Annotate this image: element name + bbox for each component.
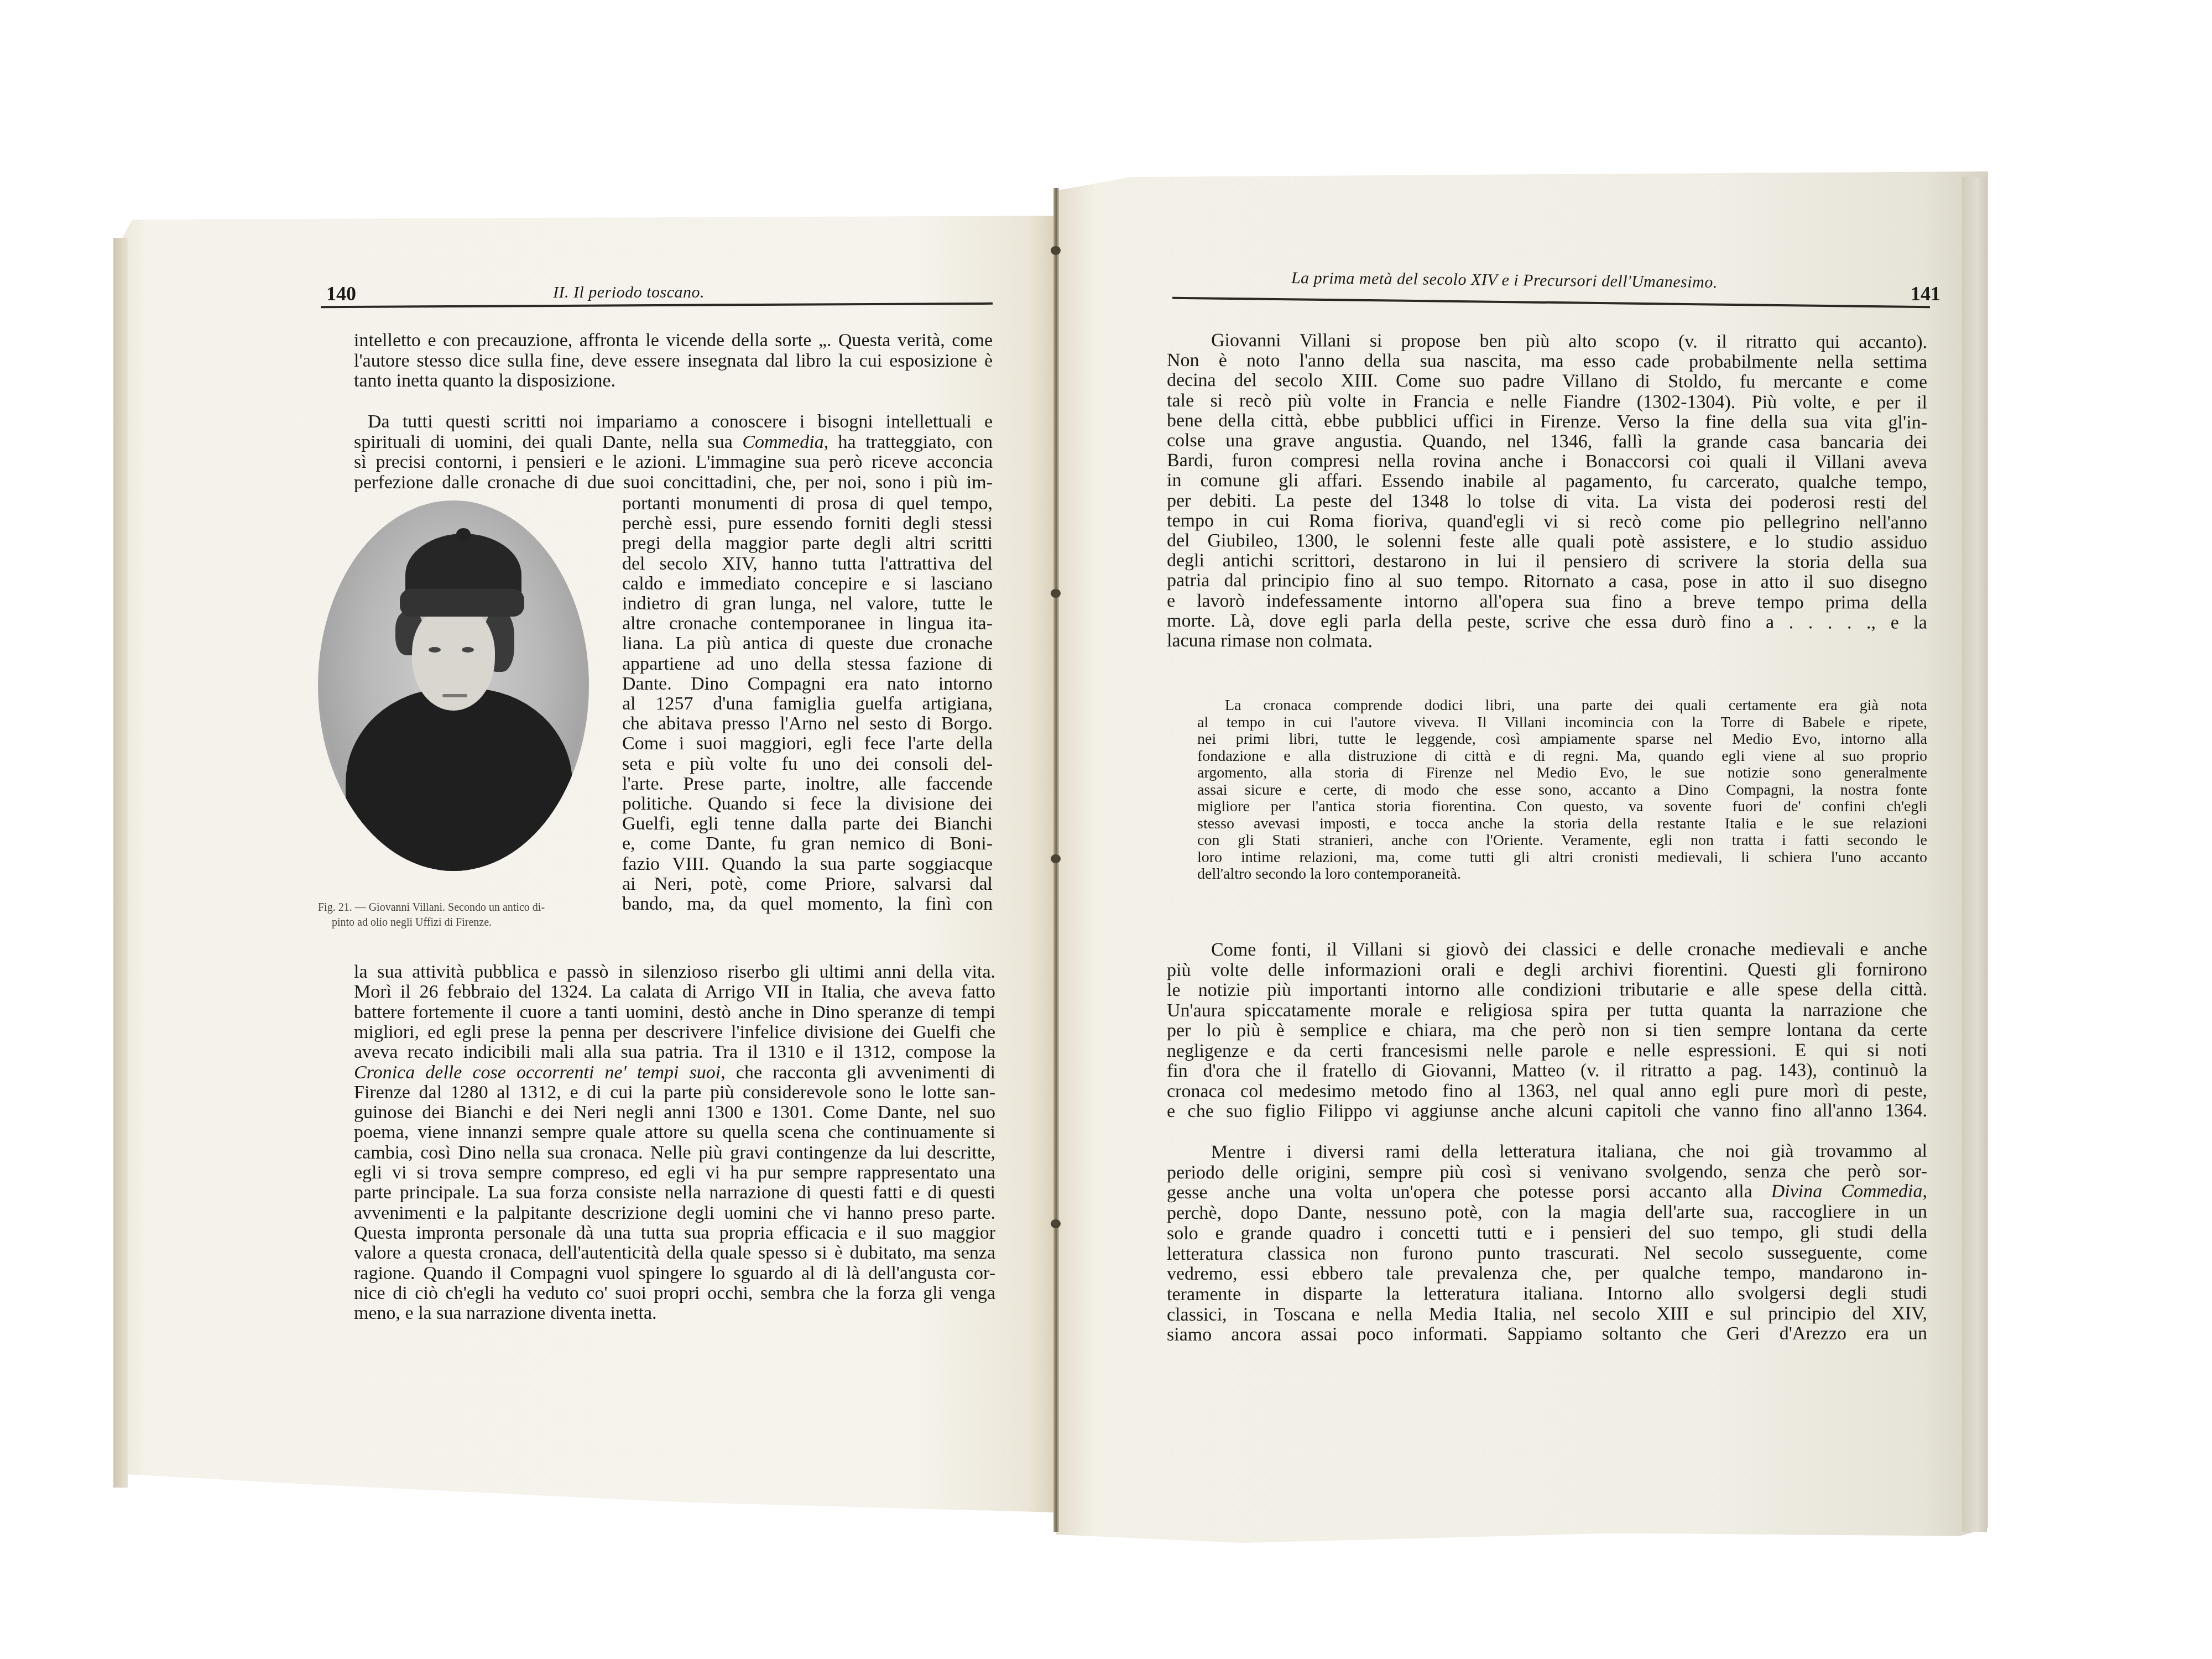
text-line: argomento, alla storia di Firenze nel Me… xyxy=(1197,764,1927,782)
binding-stitch-icon xyxy=(1051,854,1061,863)
text-line: Cronica delle cose occorrenti ne' tempi … xyxy=(354,1063,995,1083)
text-line: con gli Stati stranieri, anche con l'Ori… xyxy=(1197,832,1927,849)
text-line: Come fonti, il Villani si giovò dei clas… xyxy=(1211,940,1927,960)
text-line: teramente in disparte la letteratura ita… xyxy=(1167,1283,1927,1304)
portrait-hat-brim xyxy=(400,589,524,617)
text-line: avvenimenti e la palpitante descrizione … xyxy=(354,1203,995,1223)
text-line: siamo ancora assai poco informati. Sappi… xyxy=(1167,1324,1927,1345)
text-line: perchè, dopo Dante, nessuno potè, con la… xyxy=(1167,1202,1927,1223)
text-line: l'arte. Prese parte, inoltre, alle facce… xyxy=(622,774,993,794)
text-line: caldo e immediato concepire e si lascian… xyxy=(622,574,993,594)
text-line: al 1257 d'una famiglia guelfa artigiana, xyxy=(622,694,993,714)
text-line: Questa impronta personale dà una tutta s… xyxy=(354,1223,995,1243)
text-line: l'autore stesso dice sulla fine, deve es… xyxy=(354,351,993,371)
text-line: intelletto e con precauzione, affronta l… xyxy=(354,331,993,351)
text-line: vedremo, essi ebbero tale prevalenza che… xyxy=(1167,1263,1927,1284)
figure-caption-line1: Fig. 21. — Giovanni Villani. Secondo un … xyxy=(318,901,545,914)
text-line: per lo più è semplice e chiara, ma che p… xyxy=(1167,1020,1927,1041)
text-line: stesso avevasi imposti, e tocca anche la… xyxy=(1197,815,1927,833)
portrait-body xyxy=(346,688,572,871)
text-line: Mentre i diversi rami della letteratura … xyxy=(1211,1141,1927,1162)
text-line: nei primi libri, tutte le leggende, così… xyxy=(1197,731,1927,748)
portrait-hat-knob xyxy=(456,528,471,540)
portrait-eye xyxy=(462,647,474,653)
text-line: liana. La più antica di queste due crona… xyxy=(622,634,993,654)
text-line: colse una grave angustia. Quando, nel 13… xyxy=(1167,431,1927,453)
text-line: egli vi si trova sempre compreso, ed egl… xyxy=(354,1163,995,1183)
portrait-eye xyxy=(429,647,441,653)
text-line: del secolo XIV, hanno tutta l'attrattiva… xyxy=(622,554,993,574)
text-line: Come i suoi maggiori, egli fece l'arte d… xyxy=(622,734,993,754)
text-line: indietro di gran lunga, nel valore, tutt… xyxy=(622,594,993,614)
binding-stitch-icon xyxy=(1051,246,1061,255)
text-line: per debiti. La peste del 1348 lo tolse d… xyxy=(1167,491,1927,513)
text-line: politiche. Quando si fece la divisione d… xyxy=(622,794,993,814)
text-line: e lavorò indefessamente intorno all'oper… xyxy=(1167,591,1927,613)
text-line: portanti monumenti di prosa di quel temp… xyxy=(622,494,993,514)
text-line: ragione. Quando il Compagni vuol spinger… xyxy=(354,1264,995,1284)
text-line: perchè essi, pure essendo forniti degli … xyxy=(622,514,993,534)
text-line: fazio VIII. Quando la sua parte soggiacq… xyxy=(622,854,993,874)
text-line: classici, in Toscana e nella Media Itali… xyxy=(1167,1303,1927,1324)
text-line: tempo in cui Roma fioriva, quand'egli vi… xyxy=(1167,511,1927,533)
text-line: patria dal principio fino al suo tempo. … xyxy=(1167,571,1927,593)
text-line: decina del secolo XIII. Come suo padre V… xyxy=(1167,371,1927,393)
text-line: cronaca col medesimo metodo fino al 1363… xyxy=(1167,1081,1927,1101)
text-line: che abitava presso l'Arno nel sesto di B… xyxy=(622,714,993,734)
text-line: e, come Dante, fu gran nemico di Boni- xyxy=(622,834,993,854)
text-line: tale si recò più volte in Francia e nell… xyxy=(1167,391,1927,413)
text-line: parte principale. La sua forza consiste … xyxy=(354,1183,995,1203)
text-line: fin d'ora che il fratello di Giovanni, M… xyxy=(1167,1061,1927,1081)
running-head-left: II. Il periodo toscano. xyxy=(553,283,705,302)
text-line: solo e grande quadro i concetti tutti e … xyxy=(1167,1222,1927,1243)
portrait-figure-giovanni-villani xyxy=(318,500,589,871)
text-line: Guelfi, egli tenne dalla parte dei Bianc… xyxy=(622,814,993,834)
text-line: gesse anche una volta un'opera che potes… xyxy=(1167,1182,1927,1203)
text-line: cambia, così Dino nella sua cronaca. Nel… xyxy=(354,1143,995,1163)
text-line: in comune gli affari. Essendo inabile al… xyxy=(1167,471,1927,493)
text-line: valore a questa cronaca, dell'autenticit… xyxy=(354,1243,995,1263)
text-line: Da tutti questi scritti noi impariamo a … xyxy=(368,412,993,432)
text-line: Firenze dal 1280 al 1312, e di cui la pa… xyxy=(354,1083,995,1103)
text-line: fondazione e alla distruzione di città e… xyxy=(1197,748,1927,765)
text-line: lacuna rimase non colmata. xyxy=(1167,631,1927,653)
page-number-right: 141 xyxy=(1911,282,1940,305)
text-line: Bardi, furon compresi nella rovina anche… xyxy=(1167,451,1927,473)
binding-stitch-icon xyxy=(1051,1219,1061,1228)
binding-stitch-icon xyxy=(1051,589,1061,598)
text-line: letteratura classica non furono punto tr… xyxy=(1167,1243,1927,1264)
text-line: bene della città, ebbe pubblici uffici i… xyxy=(1167,411,1927,433)
text-line: battere fortemente il cuore a tanti uomi… xyxy=(354,1003,995,1022)
text-line: perfezione dalle cronache di due suoi co… xyxy=(354,473,993,493)
text-line: La cronaca comprende dodici libri, una p… xyxy=(1225,697,1927,714)
text-line: Dante. Dino Compagni era nato intorno xyxy=(622,674,993,694)
text-line: loro intime relazioni, ma, come tutti gl… xyxy=(1197,849,1927,867)
right-page-fore-edge xyxy=(1962,177,1987,1532)
left-page-fore-edge xyxy=(113,238,128,1488)
text-line: ai Neri, potè, come Priore, salvarsi dal xyxy=(622,874,993,894)
text-line: al tempo in cui l'autore viveva. Il Vill… xyxy=(1197,714,1927,732)
figure-caption-line2: pinto ad olio negli Uffizi di Firenze. xyxy=(332,916,492,929)
text-line: aveva recato indicibili mali alla sua pa… xyxy=(354,1042,995,1062)
text-line: dell'altro secondo la loro contemporanei… xyxy=(1197,865,1927,883)
text-line: morte. Là, dove egli parla della peste, … xyxy=(1167,611,1927,633)
text-line: bando, ma, da quel momento, la finì con xyxy=(622,894,993,914)
text-line: la sua attività pubblica e passò in sile… xyxy=(354,962,995,982)
text-line: appartiene ad uno della stessa fazione d… xyxy=(622,654,993,674)
text-line: tanto inetta quanto la disposizione. xyxy=(354,371,993,391)
portrait-mouth xyxy=(442,694,467,697)
text-line: nice di ciò ch'egli ha veduto co' suoi p… xyxy=(354,1284,995,1303)
text-line: Un'aura spiccatamente morale e religiosa… xyxy=(1167,1000,1927,1020)
text-line: migliori, ed egli prese la penna per des… xyxy=(354,1022,995,1042)
text-line: meno, e la sua narrazione diventa inetta… xyxy=(354,1303,995,1323)
text-line: Morì il 26 febbraio del 1324. La calata … xyxy=(354,982,995,1002)
text-line: poema, viene innanzi sempre quale attore… xyxy=(354,1123,995,1142)
page-number-left: 140 xyxy=(326,282,356,305)
text-line: negligenze e da certi francesismi nelle … xyxy=(1167,1040,1927,1061)
text-line: spirituali di uomini, dei quali Dante, n… xyxy=(354,432,993,452)
text-line: assai sicure e certe, di modo che esse s… xyxy=(1197,781,1927,799)
text-line: sì precisi contorni, i pensieri e le azi… xyxy=(354,452,993,472)
text-line: e che suo figlio Filippo vi aggiunse anc… xyxy=(1167,1101,1927,1121)
text-line: del Giubileo, 1300, le solenni feste all… xyxy=(1167,531,1927,553)
text-line: periodo delle origini, sempre più così s… xyxy=(1167,1161,1927,1182)
text-line: guinose dei Bianchi e dei Neri negli ann… xyxy=(354,1103,995,1123)
text-line: le notizie più importanti intorno alle c… xyxy=(1167,980,1927,1000)
text-line: Non è noto l'anno della sua nascita, ma … xyxy=(1167,351,1927,373)
text-line: altre cronache contemporanee in lingua i… xyxy=(622,614,993,634)
text-line: Giovanni Villani si propose ben più alto… xyxy=(1211,331,1927,352)
text-line: migliore per l'antica storia fiorentina.… xyxy=(1197,798,1927,816)
text-line: degli antichi scrittori, destarono in lu… xyxy=(1167,551,1927,573)
text-line: seta e più volte fu uno dei consoli del- xyxy=(622,754,993,774)
text-line: pregi della maggior parte degli altri sc… xyxy=(622,534,993,554)
text-line: più volte delle informazioni orali e deg… xyxy=(1167,959,1927,980)
